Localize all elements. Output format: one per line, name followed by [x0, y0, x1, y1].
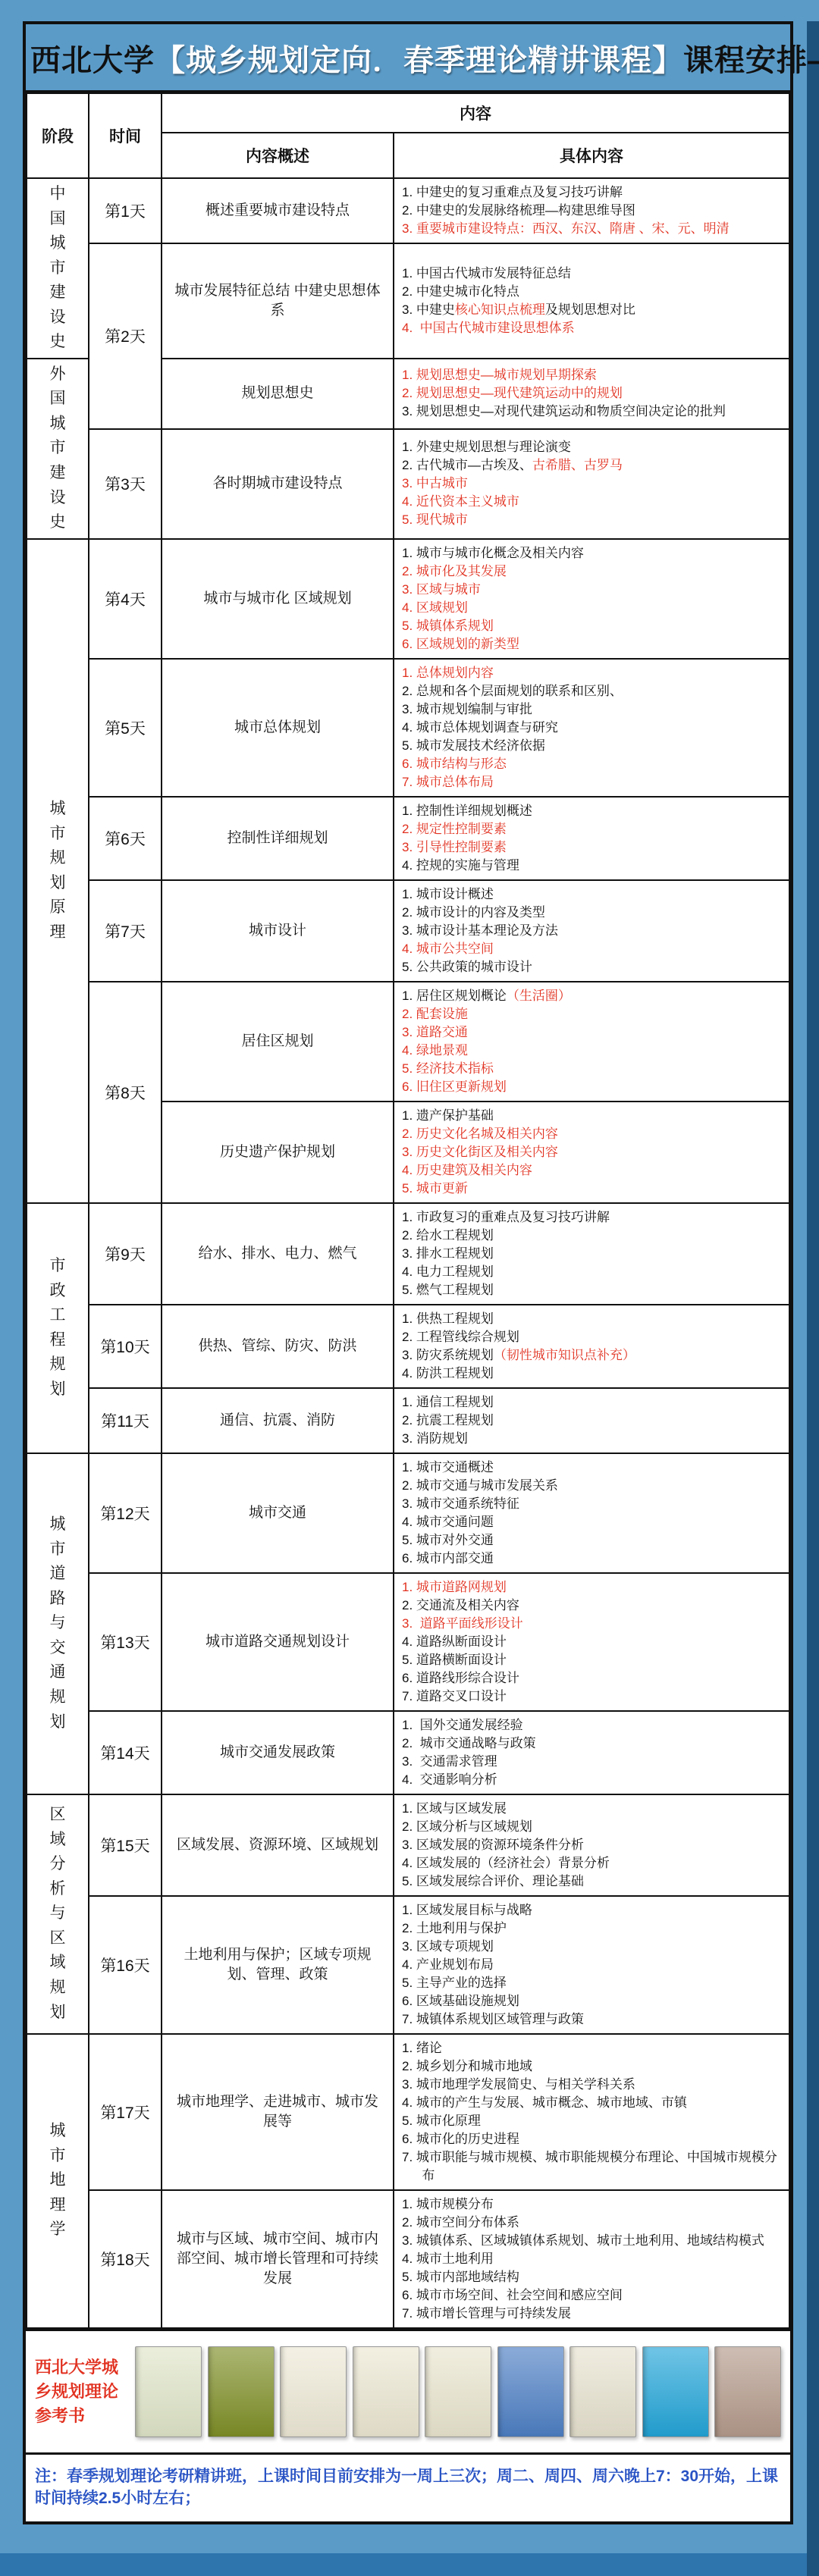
title-suffix: 课程安排—中为卓意	[683, 44, 819, 77]
stage-label: 外国城市建设史	[49, 362, 67, 535]
highlighted-text: 3. 道路平面线形设计	[402, 1616, 523, 1631]
day-cell: 第18天	[89, 2190, 162, 2328]
detail-text: 2. 城乡划分和城市地域	[402, 2059, 532, 2073]
detail-item: 4. 历史建筑及相关内容	[402, 1161, 783, 1180]
detail-item: 4. 城市交通问题	[402, 1513, 783, 1531]
detail-text: 3. 城市设计基本理论及方法	[402, 923, 558, 938]
detail-text: 6. 城市市场空间、社会空间和感应空间	[402, 2288, 623, 2302]
highlighted-text: 4. 区域规划	[402, 600, 468, 615]
detail-text: 1. 供热工程规划	[402, 1312, 494, 1326]
detail-item: 7. 城市职能与城市规模、城市职能规模分布理论、中国城市规模分布	[402, 2148, 783, 2185]
detail-text: 4. 道路纵断面设计	[402, 1634, 507, 1649]
overview-cell: 居住区规划	[162, 982, 394, 1102]
detail-item: 3. 交通需求管理	[402, 1753, 783, 1771]
detail-cell: 1. 中国古代城市发展特征总结2. 中建史城市化特点3. 中建史核心知识点梳理及…	[394, 243, 789, 359]
day-cell: 第11天	[89, 1388, 162, 1453]
detail-item: 4. 控规的实施与管理	[402, 857, 783, 875]
highlighted-text: 5. 城市更新	[402, 1181, 468, 1196]
detail-item: 4. 中国古代城市建设思想体系	[402, 319, 783, 337]
detail-item: 4. 区域发展的（经济社会）背景分析	[402, 1854, 783, 1872]
book-strip	[135, 2339, 781, 2445]
header-overview: 内容概述	[162, 133, 394, 178]
table-row: 城市规划原理第4天城市与城市化 区域规划1. 城市与城市化概念及相关内容2. 城…	[27, 539, 789, 659]
detail-text: 2. 交通流及相关内容	[402, 1598, 519, 1612]
detail-text: 2. 区域分析与区域规划	[402, 1819, 532, 1834]
detail-cell: 1. 城市交通概述2. 城市交通与城市发展关系3. 城市交通系统特征4. 城市交…	[394, 1453, 789, 1573]
detail-item: 2. 城乡划分和城市地域	[402, 2057, 783, 2076]
day-cell: 第5天	[89, 659, 162, 797]
detail-item: 5. 主导产业的选择	[402, 1974, 783, 1992]
detail-text: 3. 区域专项规划	[402, 1939, 494, 1954]
highlighted-text: 3. 区域与城市	[402, 582, 481, 597]
detail-item: 5. 区域发展综合评价、理论基础	[402, 1872, 783, 1891]
detail-item: 5. 城市内部地域结构	[402, 2268, 783, 2286]
detail-cell: 1. 区域与区域发展2. 区域分析与区域规划3. 区域发展的资源环境条件分析4.…	[394, 1794, 789, 1896]
detail-text: 3. 消防规划	[402, 1431, 468, 1446]
detail-text: 1. 国外交通发展经验	[402, 1718, 523, 1732]
detail-item: 1. 国外交通发展经验	[402, 1716, 783, 1735]
detail-item: 1. 城市设计概述	[402, 885, 783, 904]
detail-item: 3. 城镇体系、区域城镇体系规划、城市土地利用、地域结构模式	[402, 2232, 783, 2250]
detail-text: 4. 产业规划布局	[402, 1957, 494, 1972]
detail-item: 3. 消防规划	[402, 1430, 783, 1448]
table-row: 第11天通信、抗震、消防1. 通信工程规划2. 抗震工程规划3. 消防规划	[27, 1388, 789, 1453]
detail-text: 3. 排水工程规划	[402, 1246, 494, 1261]
detail-item: 1. 城市交通概述	[402, 1459, 783, 1477]
detail-text: 6. 城市内部交通	[402, 1551, 494, 1565]
detail-text: 4. 城市的产生与发展、城市概念、城市地域、市镇	[402, 2095, 687, 2110]
detail-item: 1. 外建史规划思想与理论演变	[402, 438, 783, 456]
book-cover-6	[497, 2346, 564, 2437]
highlighted-text: 3. 重要城市建设特点：西汉、东汉、隋唐 、宋、元、明清	[402, 221, 730, 236]
frame-shadow-bottom	[0, 2553, 819, 2576]
title-course: 【城乡规划定向．春季理论精讲课程】	[155, 44, 683, 77]
day-cell: 第1天	[89, 178, 162, 243]
detail-item: 3. 中建史核心知识点梳理及规划思想对比	[402, 301, 783, 319]
detail-text: 3. 城市交通系统特征	[402, 1496, 519, 1511]
table-row: 市政工程规划第9天给水、排水、电力、燃气1. 市政复习的重难点及复习技巧讲解2.…	[27, 1203, 789, 1305]
detail-item: 5. 城市发展技术经济依据	[402, 737, 783, 755]
detail-item: 3. 道路平面线形设计	[402, 1615, 783, 1633]
detail-cell: 1. 规划思想史—城市规划早期探索2. 规划思想史—现代建筑运动中的规划3. 规…	[394, 359, 789, 429]
table-row: 城市地理学第17天城市地理学、走进城市、城市发展等1. 绪论2. 城乡划分和城市…	[27, 2034, 789, 2190]
stage-cell: 城市规划原理	[27, 539, 89, 1203]
detail-text: 6. 城市化的历史进程	[402, 2132, 519, 2146]
detail-item: 4. 城市土地利用	[402, 2250, 783, 2268]
detail-item: 3. 规划思想史—对现代建筑运动和物质空间决定论的批判	[402, 403, 783, 421]
detail-item: 4. 产业规划布局	[402, 1956, 783, 1974]
stage-cell: 外国城市建设史	[27, 359, 89, 539]
detail-text: 1. 中建史的复习重难点及复习技巧讲解	[402, 185, 623, 199]
detail-cell: 1. 遗产保护基础2. 历史文化名城及相关内容3. 历史文化街区及相关内容4. …	[394, 1102, 789, 1203]
detail-text: 1. 控制性详细规划概述	[402, 804, 532, 818]
detail-text: 4. 城市总体规划调查与研究	[402, 720, 558, 735]
detail-text: 7. 城市增长管理与可持续发展	[402, 2306, 571, 2321]
detail-cell: 1. 城市规模分布2. 城市空间分布体系3. 城镇体系、区域城镇体系规划、城市土…	[394, 2190, 789, 2328]
detail-item: 2. 区域分析与区域规划	[402, 1818, 783, 1836]
detail-text: 1. 城市规模分布	[402, 2197, 494, 2211]
highlighted-text: 2. 规定性控制要素	[402, 822, 507, 836]
table-row: 第18天城市与区域、城市空间、城市内部空间、城市增长管理和可持续发展1. 城市规…	[27, 2190, 789, 2328]
detail-item: 4. 绿地景观	[402, 1042, 783, 1060]
detail-cell: 1. 城市与城市化概念及相关内容2. 城市化及其发展3. 区域与城市4. 区域规…	[394, 539, 789, 659]
detail-cell: 1. 通信工程规划2. 抗震工程规划3. 消防规划	[394, 1388, 789, 1453]
frame-shadow-right	[807, 21, 819, 2576]
detail-item: 3. 防灾系统规划（韧性城市知识点补充）	[402, 1346, 783, 1365]
detail-item: 4. 防洪工程规划	[402, 1365, 783, 1383]
highlighted-text: 4. 历史建筑及相关内容	[402, 1163, 532, 1177]
highlighted-text: 3. 历史文化街区及相关内容	[402, 1145, 558, 1159]
detail-text: 2. 总规和各个层面规划的联系和区别、	[402, 684, 623, 698]
highlighted-text: 3. 中古城市	[402, 476, 468, 490]
detail-cell: 1. 国外交通发展经验2. 城市交通战略与政策3. 交通需求管理4. 交通影响分…	[394, 1711, 789, 1794]
detail-text: 2. 古代城市—古埃及、	[402, 458, 532, 472]
book-cover-4	[353, 2346, 419, 2437]
book-cover-7	[570, 2346, 636, 2437]
detail-text: 1. 城市与城市化概念及相关内容	[402, 546, 584, 560]
detail-text: 3. 城市地理学发展简史、与相关学科关系	[402, 2077, 635, 2092]
detail-item: 3. 中古城市	[402, 475, 783, 493]
detail-text: 4. 城市交通问题	[402, 1515, 494, 1529]
detail-item: 2. 配套设施	[402, 1005, 783, 1023]
schedule-sheet: 西北大学【城乡规划定向．春季理论精讲课程】课程安排—中为卓意 阶段 时间 内容 …	[23, 21, 793, 2524]
detail-item: 5. 燃气工程规划	[402, 1281, 783, 1299]
detail-item: 5. 城市更新	[402, 1180, 783, 1198]
detail-item: 1. 总体规划内容	[402, 664, 783, 682]
detail-cell: 1. 城市道路网规划2. 交通流及相关内容3. 道路平面线形设计4. 道路纵断面…	[394, 1573, 789, 1711]
detail-text: 1. 遗产保护基础	[402, 1108, 494, 1123]
detail-item: 1. 区域与区域发展	[402, 1800, 783, 1818]
overview-cell: 城市设计	[162, 880, 394, 982]
stage-label: 中国城市建设史	[49, 182, 67, 355]
detail-cell: 1. 外建史规划思想与理论演变2. 古代城市—古埃及、古希腊、古罗马3. 中古城…	[394, 429, 789, 539]
detail-item: 5. 城市对外交通	[402, 1531, 783, 1550]
detail-item: 4. 区域规划	[402, 599, 783, 617]
detail-text: 1. 居住区规划概论	[402, 989, 507, 1003]
highlighted-text: 5. 经济技术指标	[402, 1061, 494, 1076]
detail-item: 3. 排水工程规划	[402, 1245, 783, 1263]
detail-text: 4. 交通影响分析	[402, 1772, 497, 1787]
detail-item: 2. 城市设计的内容及类型	[402, 904, 783, 922]
detail-item: 1. 居住区规划概论（生活圈）	[402, 987, 783, 1005]
detail-item: 3. 历史文化街区及相关内容	[402, 1143, 783, 1161]
day-cell: 第3天	[89, 429, 162, 539]
header-row-1: 阶段 时间 内容	[27, 93, 789, 133]
detail-item: 2. 中建史城市化特点	[402, 283, 783, 301]
detail-cell: 1. 绪论2. 城乡划分和城市地域3. 城市地理学发展简史、与相关学科关系4. …	[394, 2034, 789, 2190]
stage-cell: 城市地理学	[27, 2034, 89, 2328]
header-time: 时间	[89, 93, 162, 178]
detail-item: 5. 城镇体系规划	[402, 617, 783, 635]
table-row: 第10天供热、管综、防灾、防洪1. 供热工程规划2. 工程管线综合规划3. 防灾…	[27, 1305, 789, 1388]
detail-item: 7. 城市增长管理与可持续发展	[402, 2305, 783, 2323]
detail-text: 5. 城市内部地域结构	[402, 2270, 519, 2284]
day-cell: 第8天	[89, 982, 162, 1203]
detail-item: 5. 城市化原理	[402, 2112, 783, 2130]
detail-item: 5. 经济技术指标	[402, 1060, 783, 1078]
overview-cell: 概述重要城市建设特点	[162, 178, 394, 243]
detail-item: 4. 城市公共空间	[402, 940, 783, 958]
detail-text: 5. 主导产业的选择	[402, 1976, 507, 1990]
highlighted-text: 2. 历史文化名城及相关内容	[402, 1127, 558, 1141]
detail-item: 4. 交通影响分析	[402, 1771, 783, 1789]
detail-item: 2. 抗震工程规划	[402, 1412, 783, 1430]
detail-item: 2. 总规和各个层面规划的联系和区别、	[402, 682, 783, 700]
detail-item: 7. 城镇体系规划区域管理与政策	[402, 2010, 783, 2029]
detail-text: 5. 城市发展技术经济依据	[402, 738, 545, 753]
detail-cell: 1. 居住区规划概论（生活圈）2. 配套设施3. 道路交通4. 绿地景观5. 经…	[394, 982, 789, 1102]
detail-item: 5. 公共政策的城市设计	[402, 958, 783, 976]
detail-item: 1. 城市与城市化概念及相关内容	[402, 544, 783, 563]
stage-label: 城市道路与交通规划	[49, 1512, 67, 1735]
detail-item: 1. 通信工程规划	[402, 1393, 783, 1412]
detail-text: 2. 城市交通战略与政策	[402, 1736, 536, 1750]
detail-text: 3. 中建史	[402, 302, 455, 317]
highlighted-text: 5. 现代城市	[402, 512, 468, 527]
day-cell: 第13天	[89, 1573, 162, 1711]
stage-label: 区域分析与区域规划	[49, 1803, 67, 2025]
detail-text: 3. 区域发展的资源环境条件分析	[402, 1838, 584, 1852]
detail-item: 4. 城市的产生与发展、城市概念、城市地域、市镇	[402, 2094, 783, 2112]
detail-item: 3. 区域专项规划	[402, 1938, 783, 1956]
day-cell: 第2天	[89, 243, 162, 429]
overview-cell: 通信、抗震、消防	[162, 1388, 394, 1453]
day-cell: 第15天	[89, 1794, 162, 1896]
detail-item: 2. 城市空间分布体系	[402, 2214, 783, 2232]
highlighted-text: 6. 区域规划的新类型	[402, 637, 519, 651]
overview-cell: 城市地理学、走进城市、城市发展等	[162, 2034, 394, 2190]
book-cover-5	[425, 2346, 491, 2437]
detail-item: 1. 绪论	[402, 2039, 783, 2057]
detail-item: 1. 规划思想史—城市规划早期探索	[402, 366, 783, 384]
highlighted-text: （生活圈）	[507, 989, 571, 1003]
detail-item: 2. 城市交通与城市发展关系	[402, 1477, 783, 1495]
book-cover-8	[642, 2346, 709, 2437]
page-title: 西北大学【城乡规划定向．春季理论精讲课程】课程安排—中为卓意	[26, 24, 790, 92]
day-cell: 第12天	[89, 1453, 162, 1573]
detail-item: 4. 城市总体规划调查与研究	[402, 719, 783, 737]
highlighted-text: 6. 旧住区更新规划	[402, 1080, 507, 1094]
detail-item: 2. 规划思想史—现代建筑运动中的规划	[402, 384, 783, 403]
detail-text: 2. 工程管线综合规划	[402, 1330, 519, 1344]
schedule-body: 中国城市建设史第1天概述重要城市建设特点1. 中建史的复习重难点及复习技巧讲解2…	[27, 178, 789, 2328]
stage-label: 市政工程规划	[49, 1254, 67, 1402]
day-cell: 第10天	[89, 1305, 162, 1388]
detail-text: 5. 区域发展综合评价、理论基础	[402, 1874, 584, 1888]
detail-item: 4. 电力工程规划	[402, 1263, 783, 1281]
detail-item: 2. 历史文化名城及相关内容	[402, 1125, 783, 1143]
stage-label: 城市规划原理	[49, 797, 67, 945]
highlighted-text: 4. 中国古代城市建设思想体系	[402, 321, 575, 335]
detail-cell: 1. 供热工程规划2. 工程管线综合规划3. 防灾系统规划（韧性城市知识点补充）…	[394, 1305, 789, 1388]
detail-item: 3. 引导性控制要素	[402, 838, 783, 857]
detail-item: 5. 道路横断面设计	[402, 1651, 783, 1669]
detail-item: 7. 城市总体布局	[402, 773, 783, 791]
overview-cell: 规划思想史	[162, 359, 394, 429]
detail-item: 6. 城市内部交通	[402, 1550, 783, 1568]
highlighted-text: 6. 城市结构与形态	[402, 757, 507, 771]
detail-cell: 1. 区域发展目标与战略2. 土地利用与保护3. 区域专项规划4. 产业规划布局…	[394, 1896, 789, 2034]
detail-item: 1. 遗产保护基础	[402, 1107, 783, 1125]
detail-text: 1. 市政复习的重难点及复习技巧讲解	[402, 1210, 610, 1224]
detail-text: 7. 城市职能与城市规模、城市职能规模分布理论、中国城市规模分布	[402, 2150, 777, 2183]
detail-cell: 1. 控制性详细规划概述2. 规定性控制要素3. 引导性控制要素4. 控规的实施…	[394, 797, 789, 880]
highlighted-text: 3. 引导性控制要素	[402, 840, 507, 854]
detail-item: 3. 城市设计基本理论及方法	[402, 922, 783, 940]
detail-text: 3. 规划思想史—对现代建筑运动和物质空间决定论的批判	[402, 404, 726, 418]
detail-item: 3. 重要城市建设特点：西汉、东汉、隋唐 、宋、元、明清	[402, 220, 783, 238]
detail-item: 1. 市政复习的重难点及复习技巧讲解	[402, 1208, 783, 1227]
detail-text: 5. 道路横断面设计	[402, 1653, 507, 1667]
detail-item: 6. 城市市场空间、社会空间和感应空间	[402, 2286, 783, 2305]
detail-item: 3. 区域与城市	[402, 581, 783, 599]
detail-cell: 1. 市政复习的重难点及复习技巧讲解2. 给水工程规划3. 排水工程规划4. 电…	[394, 1203, 789, 1305]
detail-item: 1. 城市规模分布	[402, 2195, 783, 2214]
detail-text: 1. 城市交通概述	[402, 1460, 494, 1474]
overview-cell: 城市与城市化 区域规划	[162, 539, 394, 659]
detail-text: 1. 绪论	[402, 2041, 442, 2055]
detail-text: 2. 给水工程规划	[402, 1228, 494, 1243]
overview-cell: 供热、管综、防灾、防洪	[162, 1305, 394, 1388]
overview-cell: 各时期城市建设特点	[162, 429, 394, 539]
table-row: 第8天居住区规划1. 居住区规划概论（生活圈）2. 配套设施3. 道路交通4. …	[27, 982, 789, 1102]
detail-text: 2. 抗震工程规划	[402, 1413, 494, 1427]
highlighted-text: 2. 规划思想史—现代建筑运动中的规划	[402, 386, 623, 400]
highlighted-text: 古希腊、古罗马	[532, 458, 623, 472]
highlighted-text: （韧性城市知识点补充）	[494, 1348, 635, 1362]
overview-cell: 土地利用与保护；区域专项规划、管理、政策	[162, 1896, 394, 2034]
table-row: 第6天控制性详细规划1. 控制性详细规划概述2. 规定性控制要素3. 引导性控制…	[27, 797, 789, 880]
detail-text: 3. 交通需求管理	[402, 1754, 497, 1769]
detail-text: 2. 中建史的发展脉络梳理—构建思维导图	[402, 203, 635, 218]
header-content: 内容	[162, 93, 789, 133]
highlighted-text: 2. 城市化及其发展	[402, 564, 507, 578]
highlighted-text: 4. 绿地景观	[402, 1043, 468, 1058]
detail-text: 5. 城市化原理	[402, 2114, 481, 2128]
highlighted-text: 4. 城市公共空间	[402, 942, 494, 956]
title-university: 西北大学	[30, 44, 155, 77]
detail-item: 3. 城市规划编制与审批	[402, 700, 783, 719]
detail-text: 5. 燃气工程规划	[402, 1283, 494, 1297]
detail-item: 1. 城市道路网规划	[402, 1578, 783, 1597]
detail-item: 4. 近代资本主义城市	[402, 493, 783, 511]
reference-books-row: 西北大学城乡规划理论参考书	[26, 2329, 790, 2452]
day-cell: 第17天	[89, 2034, 162, 2190]
detail-item: 2. 给水工程规划	[402, 1227, 783, 1245]
detail-text: 7. 道路交叉口设计	[402, 1689, 507, 1703]
detail-text: 4. 区域发展的（经济社会）背景分析	[402, 1856, 610, 1870]
detail-item: 6. 道路线形综合设计	[402, 1669, 783, 1688]
overview-cell: 城市发展特征总结 中建史思想体系	[162, 243, 394, 359]
detail-item: 2. 土地利用与保护	[402, 1919, 783, 1938]
overview-cell: 控制性详细规划	[162, 797, 394, 880]
detail-text: 4. 城市土地利用	[402, 2252, 494, 2266]
detail-item: 7. 道路交叉口设计	[402, 1688, 783, 1706]
detail-text: 3. 城镇体系、区域城镇体系规划、城市土地利用、地域结构模式	[402, 2233, 764, 2248]
book-cover-9	[714, 2346, 781, 2437]
highlighted-text: 1. 规划思想史—城市规划早期探索	[402, 368, 597, 382]
detail-cell: 1. 中建史的复习重难点及复习技巧讲解2. 中建史的发展脉络梳理—构建思维导图3…	[394, 178, 789, 243]
stage-cell: 区域分析与区域规划	[27, 1794, 89, 2034]
book-cover-1	[135, 2346, 202, 2437]
stage-label: 城市地理学	[49, 2119, 67, 2242]
detail-text: 4. 控规的实施与管理	[402, 858, 519, 873]
detail-item: 3. 城市地理学发展简史、与相关学科关系	[402, 2076, 783, 2094]
highlighted-text: 7. 城市总体布局	[402, 775, 494, 789]
detail-text: 3. 城市规划编制与审批	[402, 702, 532, 716]
highlighted-text: 2. 配套设施	[402, 1007, 468, 1021]
detail-text: 4. 防洪工程规划	[402, 1366, 494, 1380]
day-cell: 第4天	[89, 539, 162, 659]
detail-item: 6. 城市结构与形态	[402, 755, 783, 773]
table-row: 第16天土地利用与保护；区域专项规划、管理、政策1. 区域发展目标与战略2. 土…	[27, 1896, 789, 2034]
table-row: 第7天城市设计1. 城市设计概述2. 城市设计的内容及类型3. 城市设计基本理论…	[27, 880, 789, 982]
table-row: 第3天各时期城市建设特点1. 外建史规划思想与理论演变2. 古代城市—古埃及、古…	[27, 429, 789, 539]
stage-cell: 中国城市建设史	[27, 178, 89, 359]
day-cell: 第6天	[89, 797, 162, 880]
detail-item: 2. 古代城市—古埃及、古希腊、古罗马	[402, 456, 783, 475]
highlighted-text: 1. 城市道路网规划	[402, 1580, 507, 1594]
detail-item: 6. 城市化的历史进程	[402, 2130, 783, 2148]
detail-text: 1. 区域发展目标与战略	[402, 1903, 532, 1917]
detail-text: 2. 城市设计的内容及类型	[402, 905, 545, 920]
detail-text: 1. 通信工程规划	[402, 1395, 494, 1409]
detail-text: 及规划思想对比	[545, 302, 635, 317]
detail-item: 2. 城市交通战略与政策	[402, 1735, 783, 1753]
day-cell: 第14天	[89, 1711, 162, 1794]
detail-text: 6. 区域基础设施规划	[402, 1994, 519, 2008]
overview-cell: 城市总体规划	[162, 659, 394, 797]
table-row: 区域分析与区域规划第15天区域发展、资源环境、区域规划1. 区域与区域发展2. …	[27, 1794, 789, 1896]
detail-text: 3. 防灾系统规划	[402, 1348, 494, 1362]
detail-text: 1. 中国古代城市发展特征总结	[402, 266, 571, 280]
overview-cell: 城市与区域、城市空间、城市内部空间、城市增长管理和可持续发展	[162, 2190, 394, 2328]
detail-text: 2. 城市交通与城市发展关系	[402, 1478, 558, 1493]
detail-text: 6. 道路线形综合设计	[402, 1671, 519, 1685]
detail-item: 1. 中国古代城市发展特征总结	[402, 265, 783, 283]
highlighted-text: 5. 城镇体系规划	[402, 619, 494, 633]
header-detail: 具体内容	[394, 133, 789, 178]
detail-text: 2. 城市空间分布体系	[402, 2215, 519, 2230]
highlighted-text: 3. 道路交通	[402, 1025, 468, 1039]
day-cell: 第16天	[89, 1896, 162, 2034]
detail-text: 5. 公共政策的城市设计	[402, 960, 532, 974]
schedule-table: 阶段 时间 内容 内容概述 具体内容 中国城市建设史第1天概述重要城市建设特点1…	[26, 92, 790, 2329]
detail-text: 1. 外建史规划思想与理论演变	[402, 440, 571, 454]
detail-item: 5. 现代城市	[402, 511, 783, 529]
detail-item: 2. 城市化及其发展	[402, 563, 783, 581]
detail-item: 6. 旧住区更新规划	[402, 1078, 783, 1096]
detail-text: 1. 区域与区域发展	[402, 1801, 507, 1816]
overview-cell: 城市交通	[162, 1453, 394, 1573]
table-row: 第14天城市交通发展政策1. 国外交通发展经验2. 城市交通战略与政策3. 交通…	[27, 1711, 789, 1794]
overview-cell: 城市道路交通规划设计	[162, 1573, 394, 1711]
detail-item: 3. 道路交通	[402, 1023, 783, 1042]
table-row: 中国城市建设史第1天概述重要城市建设特点1. 中建史的复习重难点及复习技巧讲解2…	[27, 178, 789, 243]
detail-item: 6. 区域基础设施规划	[402, 1992, 783, 2010]
detail-item: 2. 工程管线综合规划	[402, 1328, 783, 1346]
stage-cell: 城市道路与交通规划	[27, 1453, 89, 1794]
detail-text: 5. 城市对外交通	[402, 1533, 494, 1547]
day-cell: 第7天	[89, 880, 162, 982]
detail-item: 6. 区域规划的新类型	[402, 635, 783, 653]
overview-cell: 历史遗产保护规划	[162, 1102, 394, 1203]
table-row: 第2天城市发展特征总结 中建史思想体系1. 中国古代城市发展特征总结2. 中建史…	[27, 243, 789, 359]
detail-item: 1. 区域发展目标与战略	[402, 1901, 783, 1919]
detail-text: 1. 城市设计概述	[402, 887, 494, 901]
day-cell: 第9天	[89, 1203, 162, 1305]
detail-item: 1. 供热工程规划	[402, 1310, 783, 1328]
